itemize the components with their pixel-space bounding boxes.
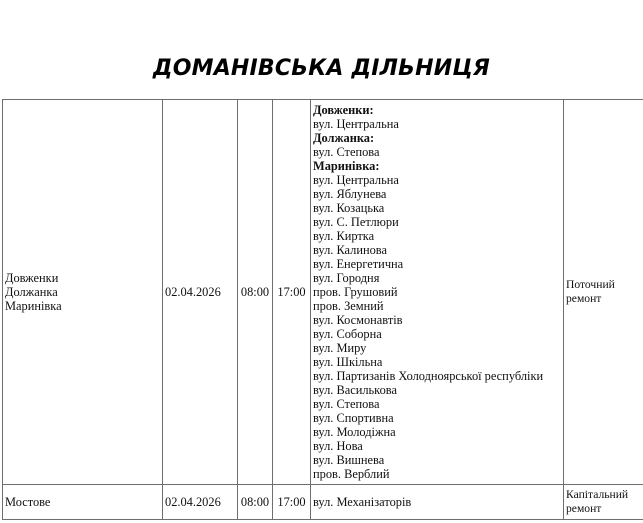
street-item: вул. Вишнева: [313, 453, 561, 467]
end-time-cell: 17:00: [273, 485, 311, 520]
date-cell: 02.04.2026: [163, 100, 238, 485]
street-item: вул. Молодіжна: [313, 425, 561, 439]
date-cell: 02.04.2026: [163, 485, 238, 520]
street-item: вул. Енергетична: [313, 257, 561, 271]
village-heading: Должанка:: [313, 131, 561, 145]
street-item: вул. Киртка: [313, 229, 561, 243]
street-item: вул. Партизанів Холодноярської республік…: [313, 369, 561, 383]
street-item: вул. Яблунева: [313, 187, 561, 201]
street-item: вул. Степова: [313, 397, 561, 411]
street-item: вул. Спортивна: [313, 411, 561, 425]
street-item: вул. Нова: [313, 439, 561, 453]
street-item: вул. Механізаторів: [313, 495, 561, 509]
settlement-name: Довженки: [5, 271, 160, 285]
work-type-cell: Поточний ремонт: [564, 100, 643, 485]
street-item: вул. Миру: [313, 341, 561, 355]
street-item: вул. Центральна: [313, 117, 561, 131]
streets-cell: вул. Механізаторів: [311, 485, 564, 520]
street-item: вул. Василькова: [313, 383, 561, 397]
end-time-cell: 17:00: [273, 100, 311, 485]
table-row: ДовженкиДолжанкаМаринівка02.04.202608:00…: [3, 100, 643, 485]
table-row: Мостове02.04.202608:0017:00вул. Механіза…: [3, 485, 643, 520]
page-title: ДОМАНІВСЬКА ДІЛЬНИЦЯ: [0, 56, 643, 81]
street-item: вул. Соборна: [313, 327, 561, 341]
street-item: вул. Городня: [313, 271, 561, 285]
settlement-name: Мостове: [5, 495, 160, 509]
street-item: пров. Земний: [313, 299, 561, 313]
village-heading: Довженки:: [313, 103, 561, 117]
settlement-name: Должанка: [5, 285, 160, 299]
streets-cell: Довженки:вул. ЦентральнаДолжанка:вул. Ст…: [311, 100, 564, 485]
start-time-cell: 08:00: [238, 485, 273, 520]
street-item: пров. Грушовий: [313, 285, 561, 299]
outage-schedule-table: ДовженкиДолжанкаМаринівка02.04.202608:00…: [2, 99, 643, 520]
settlement-name: Маринівка: [5, 299, 160, 313]
settlements-cell: ДовженкиДолжанкаМаринівка: [3, 100, 163, 485]
street-item: вул. Шкільна: [313, 355, 561, 369]
street-item: вул. Космонавтів: [313, 313, 561, 327]
street-item: пров. Верблий: [313, 467, 561, 481]
street-item: вул. Калинова: [313, 243, 561, 257]
settlements-cell: Мостове: [3, 485, 163, 520]
work-type-cell: Капітальний ремонт: [564, 485, 643, 520]
street-item: вул. С. Петлюри: [313, 215, 561, 229]
village-heading: Маринівка:: [313, 159, 561, 173]
street-item: вул. Степова: [313, 145, 561, 159]
street-item: вул. Козацька: [313, 201, 561, 215]
street-item: вул. Центральна: [313, 173, 561, 187]
start-time-cell: 08:00: [238, 100, 273, 485]
